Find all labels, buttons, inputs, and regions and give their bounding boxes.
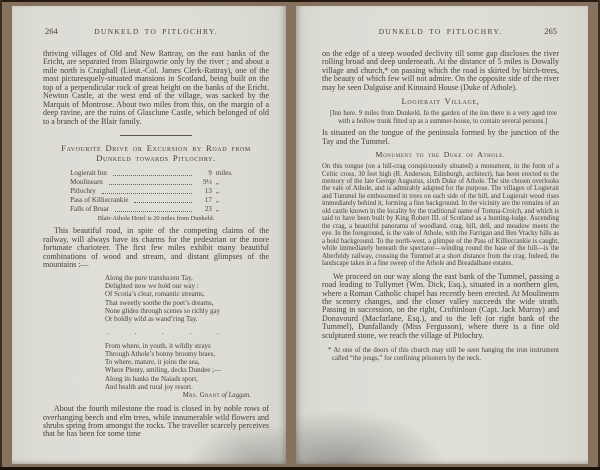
mileage-place: Logierait Inn: [70, 169, 107, 178]
poem-line: Delighted now we hold our way :: [105, 282, 269, 290]
poem-line: Where Plenty, smiling, decks Dundee ;—: [105, 366, 269, 374]
book-page-right: DUNKELD TO PITLOCHRY. 265 on the edge of…: [296, 6, 588, 464]
left-page-content: 264 DUNKELD TO PITLOCHRY. thriving villa…: [12, 6, 286, 464]
mileage-place: Pass of Killiecrankie: [70, 196, 128, 205]
mileage-unit: „: [212, 178, 242, 187]
dot-leader: [134, 202, 191, 203]
mileage-place: Falls of Bruar: [70, 205, 109, 214]
book-frame-left-edge: [0, 0, 2, 470]
mileage-place: Moulinearn: [70, 178, 103, 187]
poem-line: And health and rural joy resort.: [105, 383, 269, 391]
poem-tay: Along the pure translucent Tay, Delighte…: [105, 274, 269, 391]
mileage-row: Moulinearn 9½ „: [70, 178, 242, 187]
dot-leader: [109, 184, 192, 185]
attribution-name: Mrs. Grant: [183, 392, 220, 399]
paragraph-proceed: We proceed on our way along the east ban…: [322, 273, 559, 341]
poem-line: None glides through scenes so richly gay: [105, 307, 269, 315]
mileage-distance: 9½: [197, 178, 212, 187]
monument-heading: Monument to the Duke of Athole.: [322, 151, 559, 160]
mileage-unit: miles.: [212, 169, 242, 178]
left-page-header: 264 DUNKELD TO PITLOCHRY.: [43, 26, 269, 38]
poem-line: That sweetly soothe the poet’s dreams,: [105, 299, 269, 307]
mileage-distance: 23: [197, 205, 212, 214]
mileage-unit: „: [212, 196, 242, 205]
attribution-place: of Laggan.: [222, 392, 251, 399]
dot-leader: [115, 211, 192, 212]
mileage-place: Pitlochry: [70, 187, 96, 196]
mileage-distance: 9: [197, 169, 212, 178]
logierait-village-heading: Logierait Village,: [322, 97, 559, 107]
poem-line: To where, mature, it joins the sea,: [105, 358, 269, 366]
poem-line: From where, in youth, it wildly strays: [105, 342, 269, 350]
dot-leader: [102, 193, 192, 194]
poem-line: Or boldly wild as wand’ring Tay.: [105, 315, 269, 323]
poem-line: Along the pure translucent Tay,: [105, 274, 269, 282]
mileage-row: Falls of Bruar 23 „: [70, 205, 242, 214]
right-page-content: DUNKELD TO PITLOCHRY. 265 on the edge of…: [296, 6, 588, 464]
poem-attribution: Mrs. Grant of Laggan.: [43, 392, 251, 399]
book-frame-top-edge: [0, 0, 600, 2]
footnote-jougs: * At one of the doors of this church may…: [322, 347, 559, 362]
mileage-distance: 17: [197, 196, 212, 205]
mileage-unit: „: [212, 205, 242, 214]
section-divider-rule: [120, 135, 192, 136]
paragraph-milestone: About the fourth milestone the road is c…: [43, 405, 269, 439]
stanza-separator: . . . . .: [107, 328, 269, 336]
mileage-row: Pitlochry 13 „: [70, 187, 242, 196]
left-running-title: DUNKELD TO PITLOCHRY.: [43, 27, 269, 36]
mileage-row: Logierait Inn 9 miles.: [70, 169, 242, 178]
paragraph-monument: On this tongue (on a hill-crag conspicuo…: [322, 163, 559, 268]
paragraph-declivity: on the edge of a steep wooded declivity …: [322, 50, 559, 92]
mileage-distance: 13: [197, 187, 212, 196]
mileage-row: Pass of Killiecrankie 17 „: [70, 196, 242, 205]
drive-excursion-heading: Favourite Drive or Excursion by Road fro…: [43, 144, 269, 164]
paragraph-situated: Is situated on the tongue of the peninsu…: [322, 129, 559, 146]
mileage-table: Logierait Inn 9 miles. Moulinearn 9½ „ P…: [70, 169, 242, 214]
mileage-unit: „: [212, 187, 242, 196]
poem-line: Through Athole’s bonny broomy braes,: [105, 350, 269, 358]
book-page-left: 264 DUNKELD TO PITLOCHRY. thriving villa…: [12, 6, 286, 464]
right-page-header: DUNKELD TO PITLOCHRY. 265: [322, 26, 559, 38]
dot-leader: [113, 175, 192, 176]
paragraph-road: This beautiful road, in spite of the com…: [43, 227, 269, 269]
paragraph-rattray: thriving villages of Old and New Rattray…: [43, 50, 269, 126]
mileage-note: Blair-Athole Hotel is 20 miles from Dunk…: [43, 215, 269, 222]
poem-line: Of Scotia’s clear, romantic streams,: [105, 290, 269, 298]
right-running-title: DUNKELD TO PITLOCHRY.: [322, 27, 559, 36]
inn-note: [Inn here. 9 miles from Dunkeld. In the …: [324, 110, 557, 125]
poem-line: Along its banks the Naiads sport,: [105, 375, 269, 383]
right-page-number: 265: [544, 26, 557, 36]
